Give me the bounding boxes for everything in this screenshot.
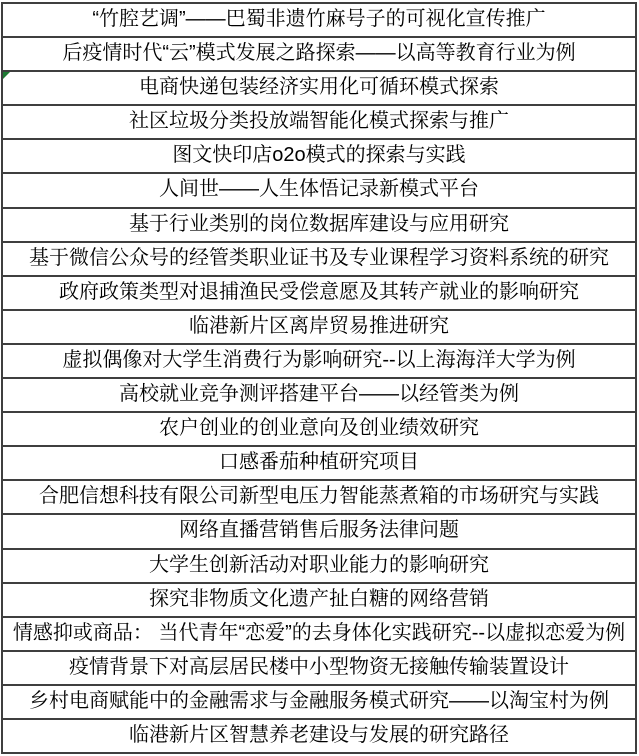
- table-row[interactable]: 高校就业竞争测评搭建平台——以经管类为例: [3, 377, 635, 411]
- row-title: 口感番茄种植研究项目: [219, 451, 419, 473]
- table-row[interactable]: 乡村电商赋能中的金融需求与金融服务模式研究——以淘宝村为例: [3, 684, 635, 718]
- row-title: 人间世——人生体悟记录新模式平台: [159, 178, 479, 200]
- table-row[interactable]: 合肥信想科技有限公司新型电压力智能蒸煮箱的市场研究与实践: [3, 479, 635, 513]
- table-row[interactable]: 社区垃圾分类投放端智能化模式探索与推广: [3, 104, 635, 138]
- table-row[interactable]: 口感番茄种植研究项目: [3, 445, 635, 479]
- row-title: 虚拟偶像对大学生消费行为影响研究--以上海海洋大学为例: [62, 349, 575, 371]
- table-row[interactable]: 大学生创新活动对职业能力的影响研究: [3, 548, 635, 582]
- table-row[interactable]: 网络直播营销售后服务法律问题: [3, 513, 635, 547]
- table-row[interactable]: 后疫情时代“云”模式发展之路探索——以高等教育行业为例: [3, 36, 635, 70]
- row-title: 大学生创新活动对职业能力的影响研究: [149, 554, 489, 576]
- table-row[interactable]: 探究非物质文化遗产扯白糖的网络营销: [3, 582, 635, 616]
- row-title: 高校就业竞争测评搭建平台——以经管类为例: [119, 383, 519, 405]
- row-title: “竹腔艺调”——巴蜀非遗竹麻号子的可视化宣传推广: [92, 8, 545, 30]
- row-title: 合肥信想科技有限公司新型电压力智能蒸煮箱的市场研究与实践: [39, 485, 599, 507]
- table-row[interactable]: 电商快递包装经济实用化可循环模式探索: [3, 70, 635, 104]
- table-row[interactable]: 情感抑或商品： 当代青年“恋爱”的去身体化实践研究--以虚拟恋爱为例: [3, 616, 635, 650]
- row-title: 后疫情时代“云”模式发展之路探索——以高等教育行业为例: [62, 42, 575, 64]
- table-row[interactable]: 政府政策类型对退捕渔民受偿意愿及其转产就业的影响研究: [3, 275, 635, 309]
- row-title: 疫情背景下对高层居民楼中小型物资无接触传输装置设计: [69, 656, 569, 678]
- row-title: 临港新片区智慧养老建设与发展的研究路径: [129, 724, 509, 746]
- table-row[interactable]: “竹腔艺调”——巴蜀非遗竹麻号子的可视化宣传推广: [3, 4, 635, 36]
- table-row[interactable]: 人间世——人生体悟记录新模式平台: [3, 172, 635, 206]
- row-title: 政府政策类型对退捕渔民受偿意愿及其转产就业的影响研究: [59, 281, 579, 303]
- row-title: 图文快印店o2o模式的探索与实践: [172, 144, 465, 166]
- row-title: 农户创业的创业意向及创业绩效研究: [159, 417, 479, 439]
- row-title: 网络直播营销售后服务法律问题: [179, 519, 459, 541]
- table-row[interactable]: 虚拟偶像对大学生消费行为影响研究--以上海海洋大学为例: [3, 343, 635, 377]
- row-title: 探究非物质文化遗产扯白糖的网络营销: [149, 588, 489, 610]
- row-title: 情感抑或商品： 当代青年“恋爱”的去身体化实践研究--以虚拟恋爱为例: [13, 622, 625, 644]
- row-title: 社区垃圾分类投放端智能化模式探索与推广: [129, 110, 509, 132]
- row-title: 电商快递包装经济实用化可循环模式探索: [139, 76, 499, 98]
- title-table: “竹腔艺调”——巴蜀非遗竹麻号子的可视化宣传推广 后疫情时代“云”模式发展之路探…: [1, 2, 637, 754]
- table-row[interactable]: 疫情背景下对高层居民楼中小型物资无接触传输装置设计: [3, 650, 635, 684]
- cell-error-indicator-icon: [3, 72, 10, 79]
- table-row[interactable]: 图文快印店o2o模式的探索与实践: [3, 138, 635, 172]
- table-row[interactable]: 临港新片区离岸贸易推进研究: [3, 309, 635, 343]
- table-row[interactable]: 农户创业的创业意向及创业绩效研究: [3, 411, 635, 445]
- row-title: 乡村电商赋能中的金融需求与金融服务模式研究——以淘宝村为例: [29, 690, 609, 712]
- table-row[interactable]: 基于行业类别的岗位数据库建设与应用研究: [3, 207, 635, 241]
- table-row[interactable]: 基于微信公众号的经管类职业证书及专业课程学习资料系统的研究: [3, 241, 635, 275]
- table-row[interactable]: 临港新片区智慧养老建设与发展的研究路径: [3, 718, 635, 752]
- row-title: 基于微信公众号的经管类职业证书及专业课程学习资料系统的研究: [29, 247, 609, 269]
- row-title: 临港新片区离岸贸易推进研究: [189, 315, 449, 337]
- row-title: 基于行业类别的岗位数据库建设与应用研究: [129, 213, 509, 235]
